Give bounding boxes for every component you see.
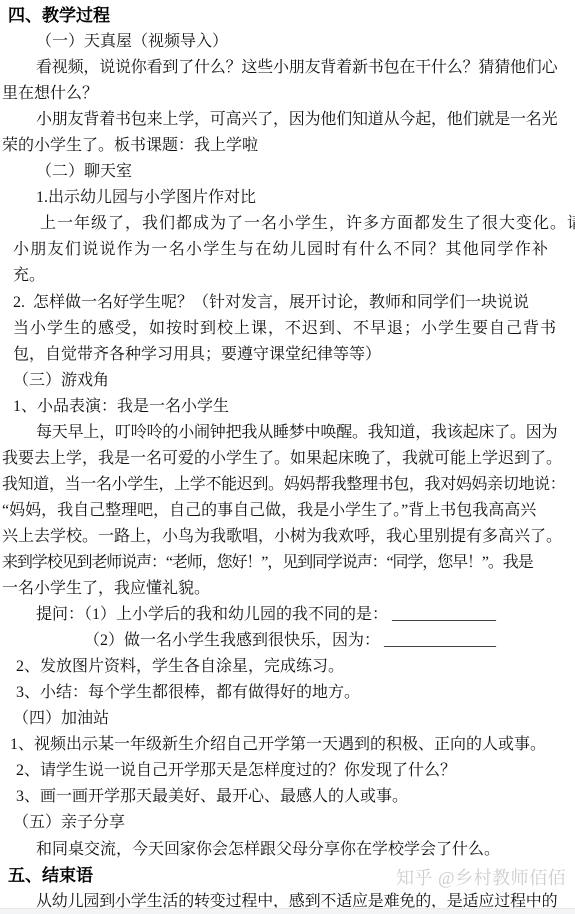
text-line: 2、发放图片资料，学生各自涂星，完成练习。	[0, 654, 575, 680]
text-line: （三）游戏角	[0, 368, 575, 394]
section-heading-line: 五、结束语	[0, 863, 575, 889]
text-line: 当小学生的感受，如按时到校上课，不迟到、不早退；小学生要自己背书	[0, 316, 575, 342]
text-line: 里在想什么？	[0, 81, 575, 107]
bottom-edge-strip	[0, 908, 575, 914]
text-line: 2. 怎样做一名好学生呢？（针对发言，展开讨论，教师和同学们一块说说	[0, 290, 575, 316]
text-line: 1、小品表演：我是一名小学生	[0, 394, 575, 420]
text-line: （五）亲子分享	[0, 810, 575, 836]
text-line: （四）加油站	[0, 706, 575, 732]
text-line: （一）天真屋（视频导入）	[0, 29, 575, 55]
text-line: 3、画一画开学那天最美好、最开心、最感人的人或事。	[0, 784, 575, 810]
text-line: （二）聊天室	[0, 159, 575, 185]
text-line: 兴上去学校。一路上，小鸟为我歌唱，小树为我欢呼，我心里别提有多高兴了。	[0, 524, 575, 550]
text-line: 包，自觉带齐各种学习用具；要遵守课堂纪律等等）	[0, 342, 575, 368]
text-line: 小朋友们说说作为一名小学生与在幼儿园时有什么不同？其他同学作补	[0, 237, 575, 263]
text-line: 来到学校见到老师说声：“老师，您好！”，见到同学说声：“同学，您早！”。我是	[0, 550, 575, 576]
text-line: 看视频，说说你看到了什么？这些小朋友背着新书包在干什么？猜猜他们心	[0, 55, 575, 81]
text-line: 充。	[0, 263, 575, 289]
text-line: （2）做一名小学生我感到很快乐，因为： ______________	[0, 628, 575, 654]
text-line: 我要去上学，我是一名可爱的小学生了。如果起床晚了，我就可能上学迟到了。	[0, 446, 575, 472]
text-line: 荣的小学生了。板书课题：我上学啦	[0, 133, 575, 159]
document-body: 四、教学过程（一）天真屋（视频导入）看视频，说说你看到了什么？这些小朋友背着新书…	[0, 3, 575, 914]
text-line: 上一年级了，我们都成为了一名小学生，许多方面都发生了很大变化。请	[0, 211, 575, 237]
text-line: 和同桌交流，今天回家你会怎样跟父母分享你在学校学会了什么。	[0, 837, 575, 863]
text-line: “妈妈，我自己整理吧，自己的事自己做，我是小学生了。”背上书包我高高兴	[0, 498, 575, 524]
text-line: 每天早上，叮呤呤的小闹钟把我从睡梦中唤醒。我知道，我该起床了。因为	[0, 420, 575, 446]
text-line: 1、视频出示某一年级新生介绍自己开学第一天遇到的积极、正向的人或事。	[0, 732, 575, 758]
text-line: 1.出示幼儿园与小学图片作对比	[0, 185, 575, 211]
text-line: 2、请学生说一说自己开学那天是怎样度过的？你发现了什么？	[0, 758, 575, 784]
text-line: 提问：（1）上小学后的我和幼儿园的我不同的是： _____________	[0, 602, 575, 628]
lesson-plan-document: 知乎 @乡村教师佰佰 四、教学过程（一）天真屋（视频导入）看视频，说说你看到了什…	[0, 0, 575, 914]
section-heading-line: 四、教学过程	[0, 3, 575, 29]
text-line: 3、小结：每个学生都很棒，都有做得好的地方。	[0, 680, 575, 706]
text-line: 我知道，当一名小学生，上学不能迟到。妈妈帮我整理书包，我对妈妈亲切地说：	[0, 472, 575, 498]
text-line: 小朋友背着书包来上学，可高兴了，因为他们知道从今起，他们就是一名光	[0, 107, 575, 133]
text-line: 一名小学生了，我应懂礼貌。	[0, 576, 575, 602]
